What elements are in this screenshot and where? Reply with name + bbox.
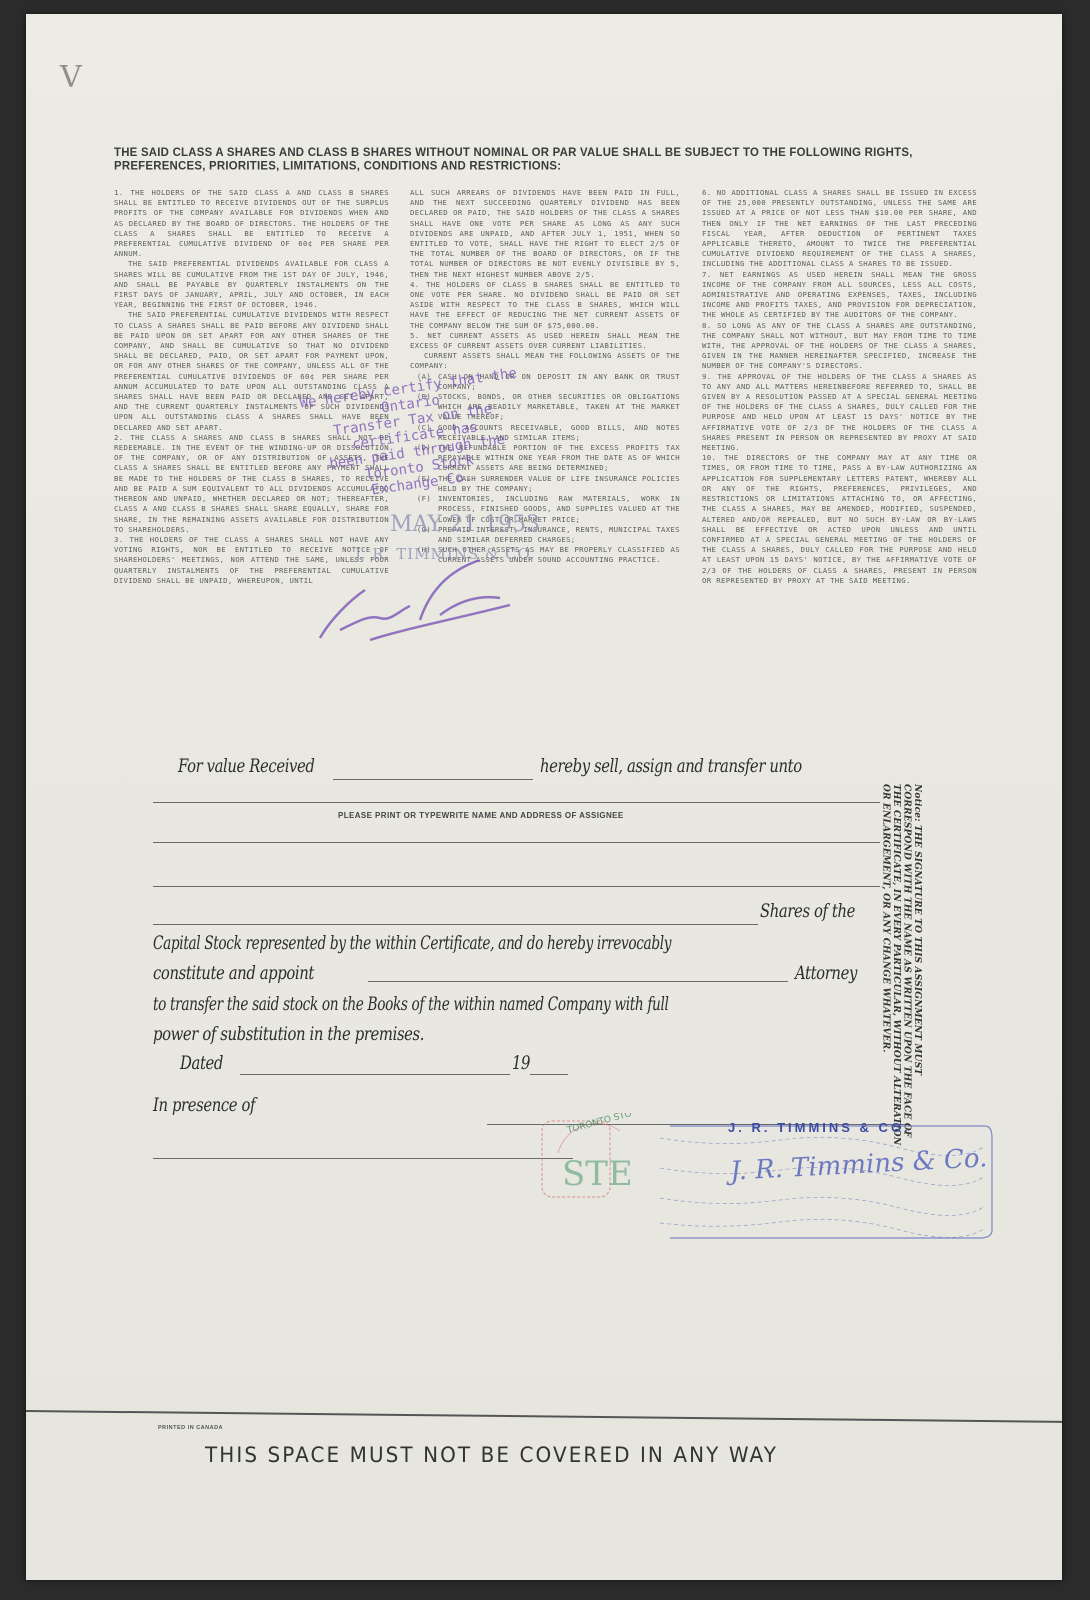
purple-signature (310, 560, 520, 650)
terms-column-3: 6. NO ADDITIONAL CLASS A SHARES SHALL BE… (702, 188, 977, 586)
term-paragraph: CURRENT ASSETS SHALL MEAN THE FOLLOWING … (410, 351, 680, 371)
attorney-name-line[interactable] (368, 981, 788, 982)
in-presence-text: In presence of (153, 1094, 255, 1116)
transferor-line[interactable] (333, 779, 533, 780)
notice-title: Notice: (912, 784, 922, 822)
year-line[interactable] (530, 1074, 568, 1075)
shares-of-the-text: Shares of the (760, 900, 855, 922)
attorney-text: Attorney (795, 962, 857, 984)
term-paragraph: 8. SO LONG AS ANY OF THE CLASS A SHARES … (702, 321, 977, 372)
pencil-mark: V (60, 60, 100, 100)
do-not-cover-warning: THIS SPACE MUST NOT BE COVERED IN ANY WA… (205, 1443, 778, 1467)
term-paragraph: THE SAID PREFERENTIAL DIVIDENDS AVAILABL… (114, 259, 389, 310)
assignee-line-1[interactable] (153, 802, 880, 803)
terms-heading: THE SAID CLASS A SHARES AND CLASS B SHAR… (114, 146, 984, 173)
term-paragraph: ALL SUCH ARREARS OF DIVIDENDS HAVE BEEN … (410, 188, 680, 280)
hereby-transfer-text: hereby sell, assign and transfer unto (540, 755, 802, 777)
signature-notice: Notice: THE SIGNATURE TO THIS ASSIGNMENT… (880, 784, 922, 1154)
shares-count-line[interactable] (153, 924, 758, 925)
dated-text: Dated (180, 1052, 223, 1074)
term-paragraph: 1. THE HOLDERS OF THE SAID CLASS A AND C… (114, 188, 389, 259)
power-substitution-text: power of substitution in the premises. (153, 1023, 424, 1045)
assignee-line-3[interactable] (153, 886, 880, 887)
svg-text:TORONTO STO: TORONTO STO (565, 1113, 633, 1136)
constitute-text: constitute and appoint (153, 962, 314, 984)
term-paragraph: 9. THE APPROVAL OF THE HOLDERS OF THE CL… (702, 372, 977, 454)
assignee-label: PLEASE PRINT OR TYPEWRITE NAME AND ADDRE… (338, 811, 624, 820)
capital-stock-text: Capital Stock represented by the within … (153, 932, 671, 954)
notice-text: THE SIGNATURE TO THIS ASSIGNMENT MUST CO… (881, 784, 923, 1145)
term-paragraph: 4. THE HOLDERS OF CLASS B SHARES SHALL B… (410, 280, 680, 331)
term-paragraph: 6. NO ADDITIONAL CLASS A SHARES SHALL BE… (702, 188, 977, 270)
term-paragraph: 7. NET EARNINGS AS USED HEREIN SHALL MEA… (702, 270, 977, 321)
transfer-stock-text: to transfer the said stock on the Books … (153, 993, 669, 1015)
terms-column-1: 1. THE HOLDERS OF THE SAID CLASS A AND C… (114, 188, 389, 586)
date-stamp: MAY 21 1953 (390, 512, 540, 537)
assignee-line-2[interactable] (153, 842, 880, 843)
tse-monogram: STE (562, 1154, 633, 1194)
term-paragraph: 5. NET CURRENT ASSETS AS USED HEREIN SHA… (410, 331, 680, 351)
date-line[interactable] (240, 1074, 510, 1075)
for-value-text: For value Received (178, 755, 315, 777)
term-paragraph: 10. THE DIRECTORS OF THE COMPANY MAY AT … (702, 453, 977, 586)
printed-in-canada: PRINTED IN CANADA (158, 1425, 223, 1431)
witness-line[interactable] (153, 1158, 573, 1159)
year-prefix-text: 19 (512, 1052, 530, 1074)
firm-stamp-blue: J. R. TIMMINS & CO. (728, 1120, 911, 1135)
